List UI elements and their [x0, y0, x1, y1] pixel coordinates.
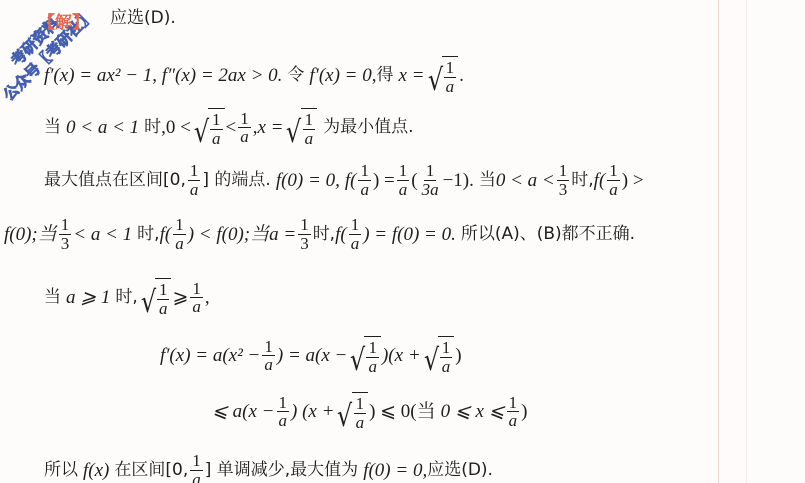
inequality-line: ⩽ a(x − 1a ) (x + √1a ) ⩽ 0(当 0 ⩽ x ⩽ 1a… [212, 392, 528, 432]
answer-tag: 【解】 [38, 8, 89, 33]
max-point-line: 最大值点在区间[0, 1a ] 的端点. f(0) = 0, f( 1a ) =… [44, 162, 644, 199]
conclusion-line: 所以 f(x) 在区间[0, 1a ] 单调减少,最大值为 f(0) = 0, … [44, 452, 493, 483]
comparison-line: f(0);当 13 < a < 1 时, f( 1a ) < f(0);当 a … [4, 216, 635, 253]
answer-choice-line: 应选(D). [110, 10, 176, 27]
case-a-geq-1-line: 当 a ⩾ 1 时, √1a ⩾ 1a , [44, 278, 210, 318]
derivative-line: f′(x) = ax² − 1, f″(x) = 2ax > 0. 令 f′(x… [44, 56, 464, 96]
min-point-line: 当 0 < a < 1 时, 0 < √1a < 1a, x = √1a 为最小… [44, 108, 414, 148]
page-fold-line [746, 0, 747, 483]
factorization-line: f′(x) = a(x² − 1a ) = a(x − √1a )(x + √1… [160, 336, 462, 376]
page-fold-line [718, 0, 719, 483]
sqrt-1-over-a: √1a [426, 56, 459, 96]
document-page: 考研资料 公众号【考研社】 【解】 应选(D). f′(x) = ax² − 1… [0, 0, 805, 483]
